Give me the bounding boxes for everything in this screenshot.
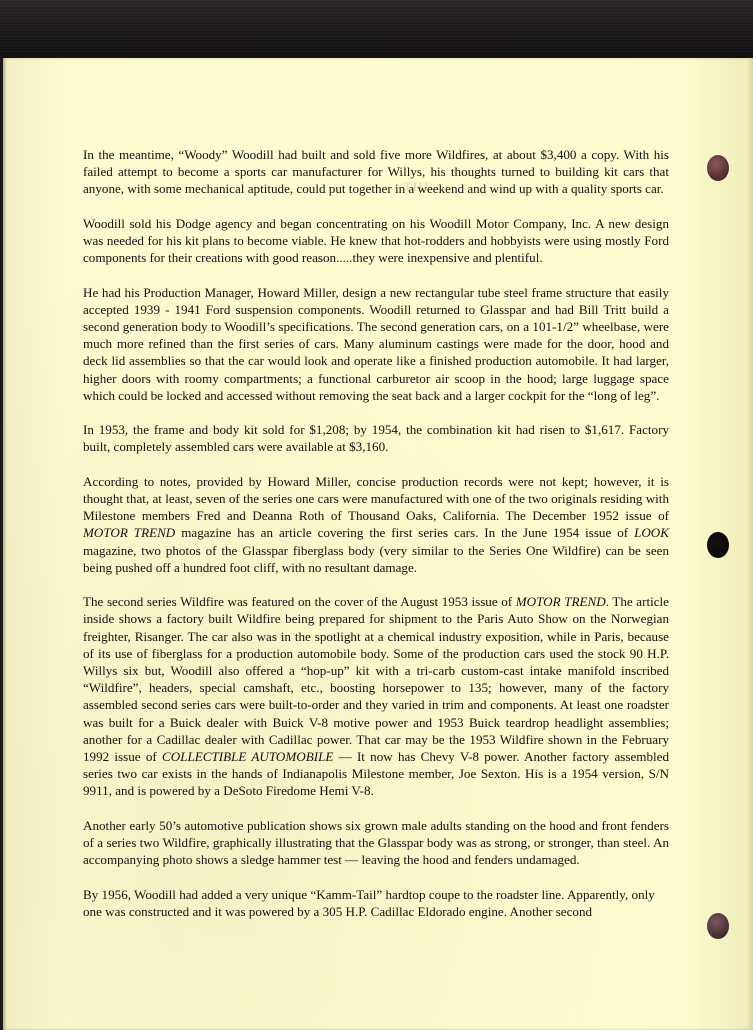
paragraph-kamm-tail: By 1956, Woodill had added a very unique…	[83, 886, 669, 920]
binder-hole-top	[707, 155, 729, 181]
article-body: In the meantime, “Woody” Woodill had bui…	[83, 146, 669, 937]
publication-title: MOTOR TREND	[83, 525, 175, 540]
binder-hole-bottom	[707, 913, 729, 939]
paragraph-production-records: According to notes, provided by Howard M…	[83, 473, 669, 576]
publication-title: COLLECTIBLE AUTOMOBILE	[162, 749, 333, 764]
publication-title: MOTOR TREND	[516, 594, 606, 609]
paragraph-production-manager: He had his Production Manager, Howard Mi…	[83, 284, 669, 404]
paragraph-strength-test: Another early 50’s automotive publicatio…	[83, 817, 669, 869]
binder-hole-middle	[707, 532, 729, 558]
paragraph-woodill-kit-cars: In the meantime, “Woody” Woodill had bui…	[83, 146, 669, 198]
scanner-bed-strip	[0, 0, 753, 58]
publication-title: LOOK	[634, 525, 669, 540]
paragraph-kit-prices: In 1953, the frame and body kit sold for…	[83, 421, 669, 455]
page-edge	[747, 58, 753, 1030]
paragraph-dodge-agency: Woodill sold his Dodge agency and began …	[83, 215, 669, 267]
paragraph-second-series: The second series Wildfire was featured …	[83, 593, 669, 799]
